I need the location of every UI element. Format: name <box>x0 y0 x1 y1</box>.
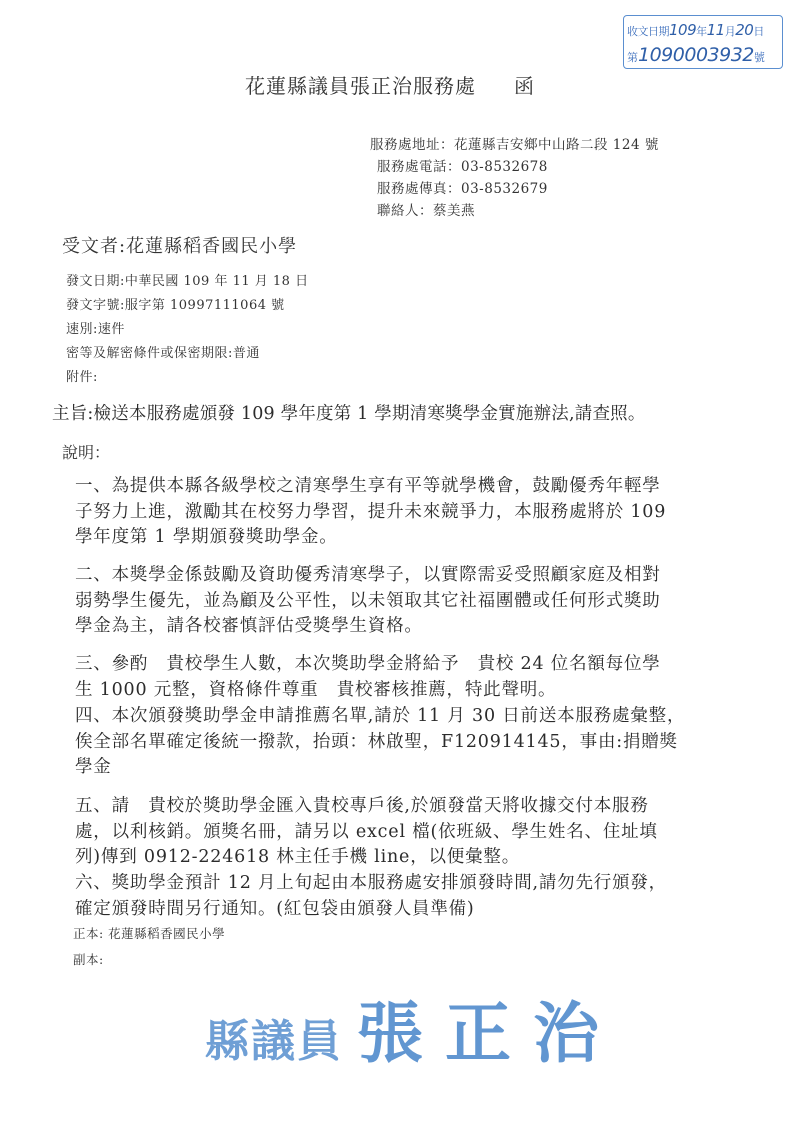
issue-date: 發文日期:中華民國 109 年 11 月 18 日 <box>66 270 309 289</box>
classification-level: 密等及解密條件或保密期限:普通 <box>66 342 260 361</box>
paragraph-line: 處，以利核銷。頒獎名冊，請另以 excel 檔(依班級、學生姓名、住址填 <box>75 820 775 846</box>
explanation-item-2: 二、本獎學金係鼓勵及資助優秀清寒學子，以實際需妥受照顧家庭及相對 弱勢學生優先，… <box>75 563 775 640</box>
paragraph-line: 確定頒發時間另行通知。(紅包袋由頒發人員準備) <box>75 897 775 923</box>
receipt-number-prefix: 第 <box>627 51 638 64</box>
attachments: 附件: <box>66 366 98 385</box>
paragraph-line: 一、為提供本縣各級學校之清寒學生享有平等就學機會，鼓勵優秀年輕學 <box>75 474 775 500</box>
paragraph-line: 學年度第 1 學期頒發獎助學金。 <box>75 525 775 551</box>
original-recipient: 正本: 花蓮縣稻香國民小學 <box>73 924 225 942</box>
receipt-date-label: 收文日期 <box>627 25 669 38</box>
explanation-item-5: 五、請 貴校於獎助學金匯入貴校專戶後,於頒發當天將收據交付本服務 處，以利核銷。… <box>75 794 775 871</box>
explanation-item-6: 六、獎助學金預計 12 月上旬起由本服務處安排頒發時間,請勿先行頒發， 確定頒發… <box>75 871 775 922</box>
paragraph-line: 學金為主，請各校審慎評估受獎學生資格。 <box>75 614 775 640</box>
document-type: 函 <box>514 74 535 98</box>
contact-person: 聯絡人：蔡美燕 <box>377 199 475 219</box>
receipt-month: 11 <box>707 21 725 39</box>
office-phone: 服務處電話：03-8532678 <box>377 155 548 175</box>
seal-name: 張正治 <box>357 980 621 1075</box>
document-title: 花蓮縣議員張正治服務處函 <box>245 70 535 99</box>
office-fax: 服務處傳真：03-8532679 <box>377 177 548 197</box>
paragraph-line: 弱勢學生優先，並為顧及公平性，以未領取其它社福團體或任何形式獎助 <box>75 589 775 615</box>
explanation-heading: 說明： <box>62 440 110 463</box>
paragraph-line: 俟全部名單確定後統一撥款，抬頭：林啟聖，F120914145，事由:捐贈獎 <box>75 730 775 756</box>
receipt-day-unit: 日 <box>753 25 764 38</box>
receipt-day: 20 <box>735 21 753 39</box>
receipt-month-unit: 月 <box>725 25 736 38</box>
explanation-item-3: 三、參酌 貴校學生人數，本次獎助學金將給予 貴校 24 位名額每位學 生 100… <box>75 652 775 703</box>
copy-recipient: 副本: <box>73 950 104 968</box>
recipient: 受文者:花蓮縣稻香國民小學 <box>62 232 297 258</box>
paragraph-line: 五、請 貴校於獎助學金匯入貴校專戶後,於頒發當天將收據交付本服務 <box>75 794 775 820</box>
delivery-speed: 速別:速件 <box>66 318 125 337</box>
explanation-item-1: 一、為提供本縣各級學校之清寒學生享有平等就學機會，鼓勵優秀年輕學 子努力上進，激… <box>75 474 775 551</box>
seal-title: 縣議員 <box>205 1005 343 1069</box>
subject: 主旨:檢送本服務處頒發 109 學年度第 1 學期清寒獎學金實施辦法,請查照。 <box>52 400 646 425</box>
paragraph-line: 三、參酌 貴校學生人數，本次獎助學金將給予 貴校 24 位名額每位學 <box>75 652 775 678</box>
receipt-date-row: 收文日期109年11月20日 <box>627 21 764 39</box>
receipt-number-suffix: 號 <box>754 51 765 64</box>
receipt-year-unit: 年 <box>696 25 707 38</box>
receipt-number: 1090003932 <box>638 44 754 66</box>
explanation-item-4: 四、本次頒發獎助學金申請推薦名單,請於 11 月 30 日前送本服務處彙整， 俟… <box>75 704 775 781</box>
paragraph-line: 子努力上進，激勵其在校努力學習，提升未來競爭力，本服務處將於 109 <box>75 500 775 526</box>
receipt-number-row: 第1090003932號 <box>627 44 765 66</box>
paragraph-line: 學金 <box>75 755 775 781</box>
paragraph-line: 生 1000 元整，資格條件尊重 貴校審核推薦，特此聲明。 <box>75 678 775 704</box>
office-address: 服務處地址：花蓮縣吉安鄉中山路二段 124 號 <box>370 133 659 153</box>
document-number: 發文字號:服字第 10997111064 號 <box>66 294 285 313</box>
receipt-year: 109 <box>669 21 696 39</box>
councilor-seal: 縣議員 張正治 <box>205 995 621 1075</box>
office-name: 花蓮縣議員張正治服務處 <box>245 74 476 98</box>
paragraph-line: 列)傳到 0912-224618 林主任手機 line，以便彙整。 <box>75 845 775 871</box>
paragraph-line: 六、獎助學金預計 12 月上旬起由本服務處安排頒發時間,請勿先行頒發， <box>75 871 775 897</box>
paragraph-line: 二、本獎學金係鼓勵及資助優秀清寒學子，以實際需妥受照顧家庭及相對 <box>75 563 775 589</box>
receipt-stamp: 收文日期109年11月20日 第1090003932號 <box>623 15 783 69</box>
paragraph-line: 四、本次頒發獎助學金申請推薦名單,請於 11 月 30 日前送本服務處彙整， <box>75 704 775 730</box>
